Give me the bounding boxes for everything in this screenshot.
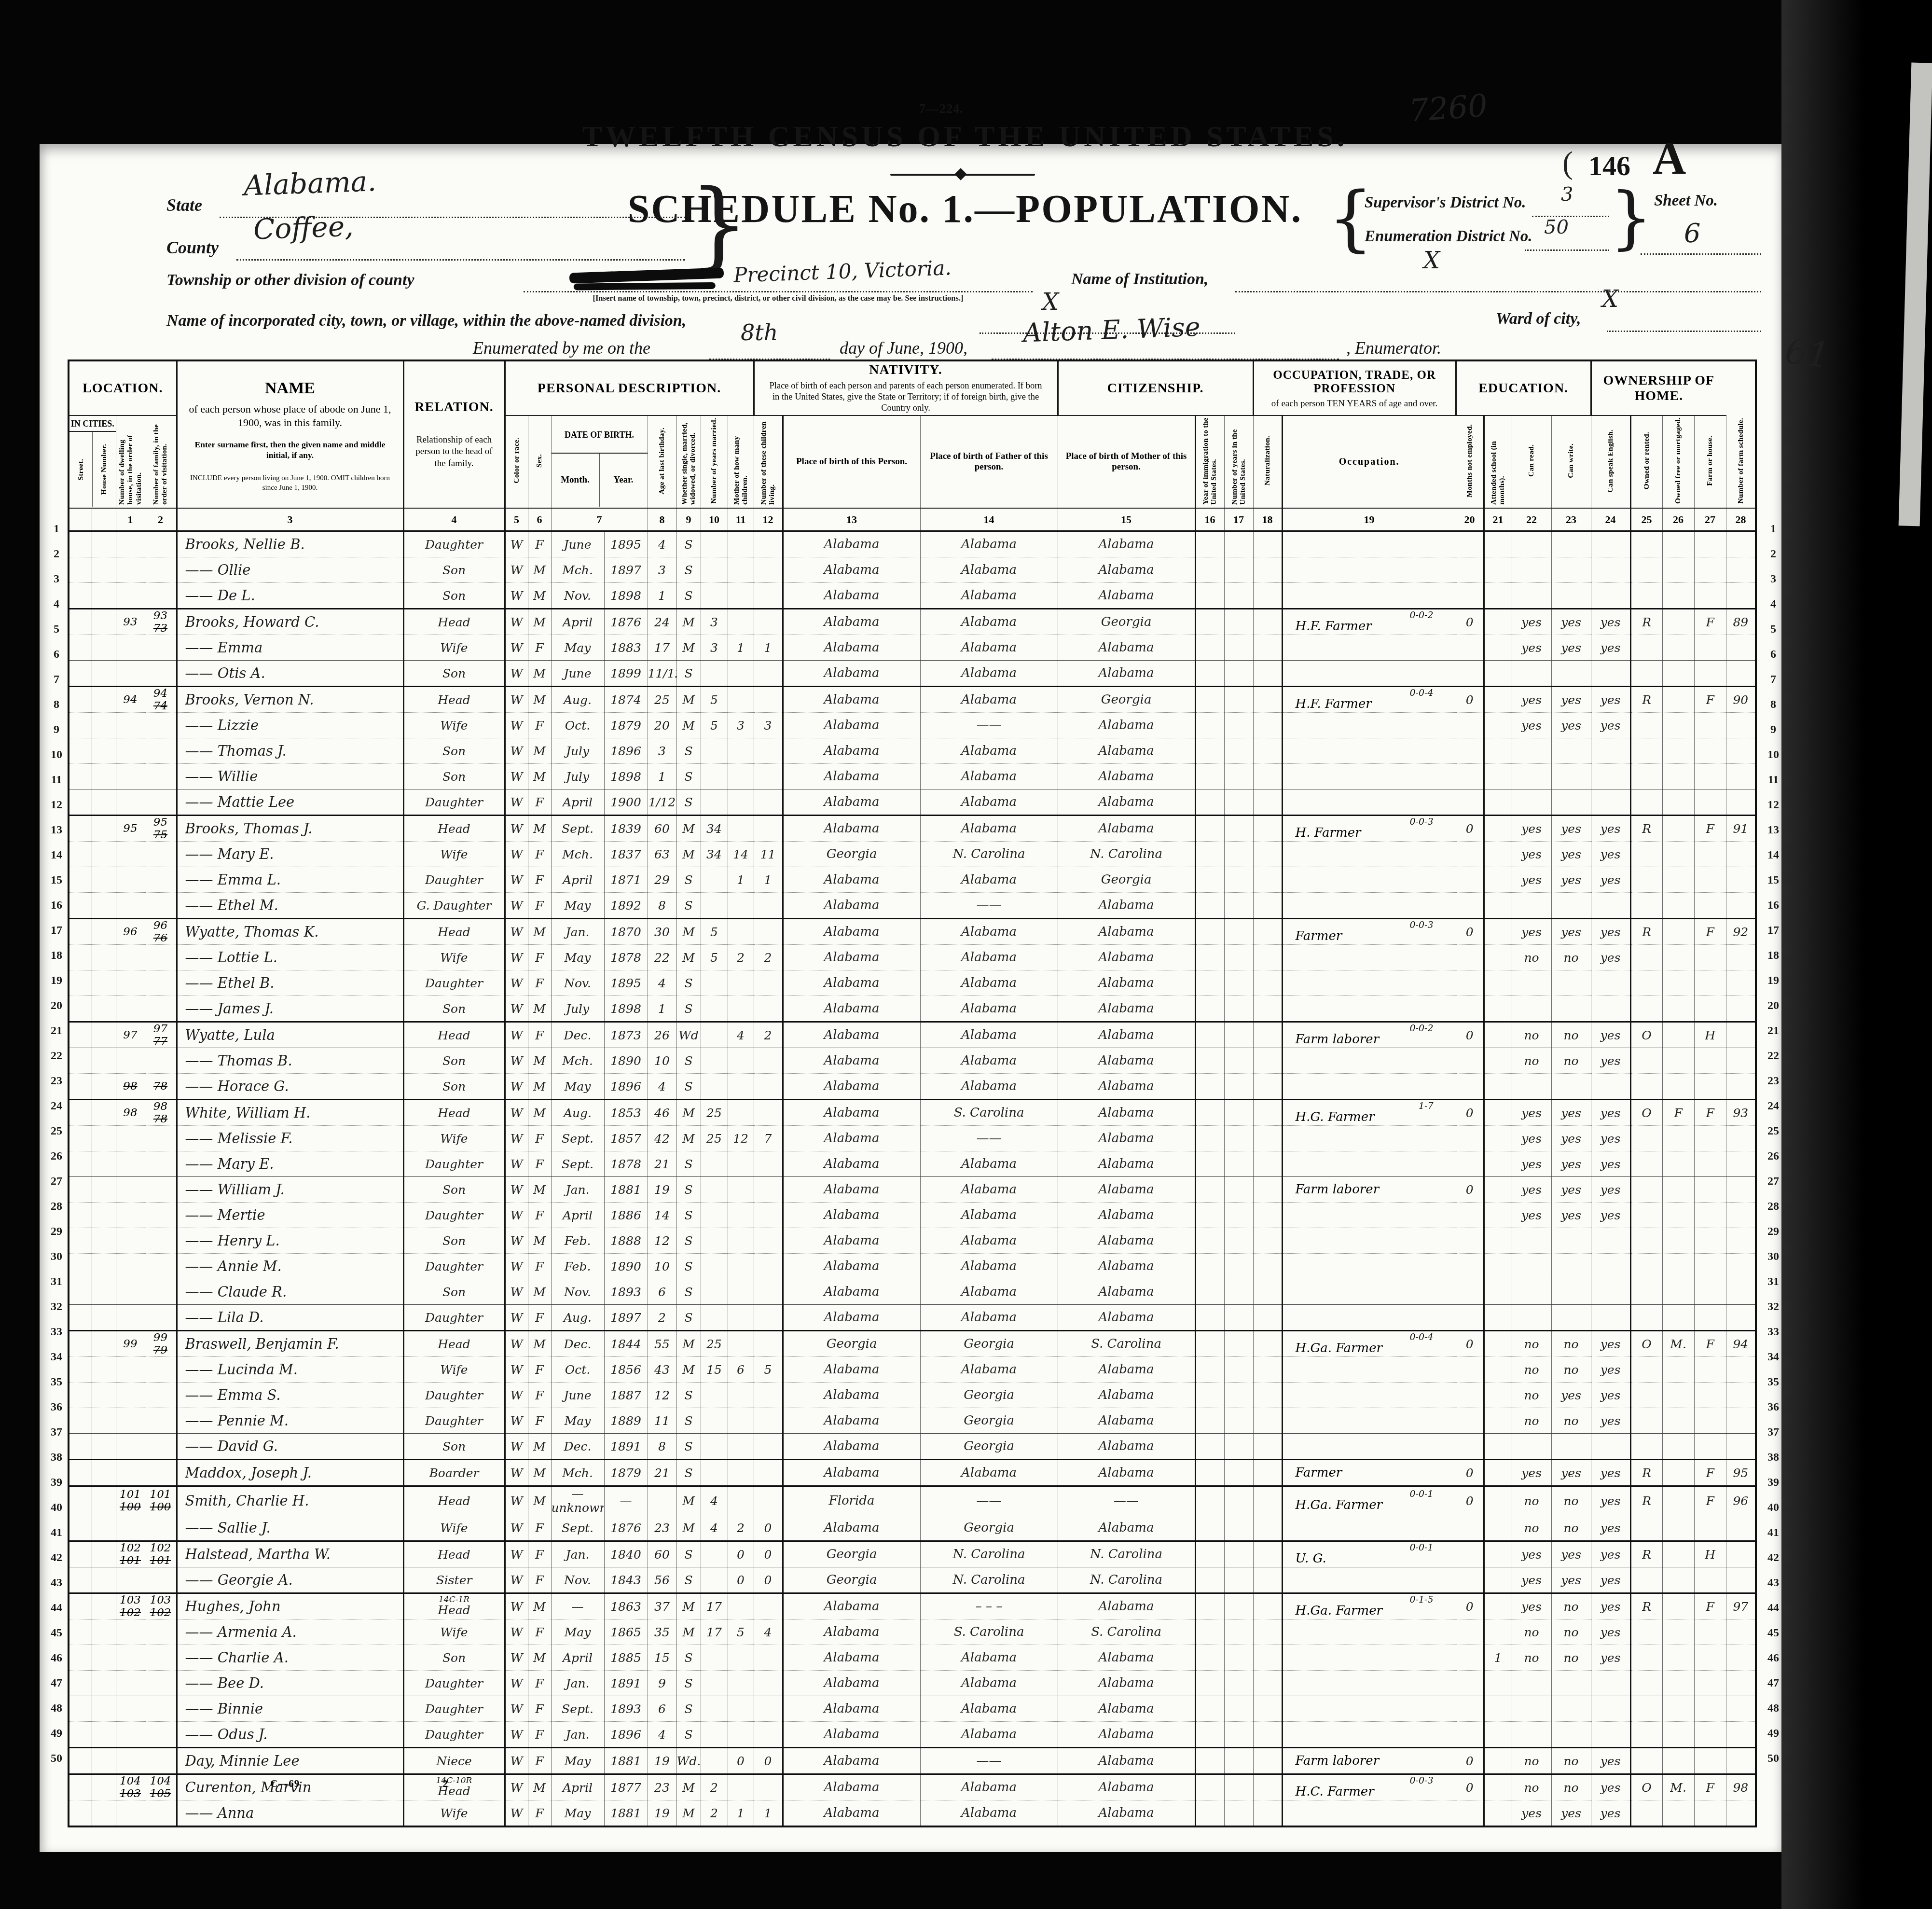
r35-can-write: no	[1551, 1408, 1591, 1434]
r49-farm-or-house: F	[1694, 1774, 1726, 1800]
census-title: TWELFTH CENSUS OF THE UNITED STATES.	[434, 120, 1496, 154]
r42-birth-year: 1863	[604, 1593, 648, 1619]
r45-father-birthplace: Alabama	[920, 1671, 1058, 1696]
r41-house-number	[92, 1567, 116, 1593]
r20-farm-or-house: H	[1694, 1022, 1726, 1048]
r25-attended-school	[1484, 1151, 1512, 1177]
r20-dwelling-number: 97	[116, 1022, 145, 1048]
left-line-number-39: 39	[44, 1470, 69, 1495]
r17-owned-or-rented	[1630, 945, 1662, 970]
r42-street	[69, 1593, 92, 1619]
r34-birth-year: 1887	[604, 1383, 648, 1408]
table-row: —— Lottie L.WifeWFMay187822M522AlabamaAl…	[69, 945, 1756, 970]
stamp-side-letter: A	[1653, 131, 1686, 185]
r41-can-write: yes	[1551, 1567, 1591, 1593]
header-pob-father: Place of birth of Father of this person.	[920, 415, 1058, 508]
r19-years-married	[701, 996, 728, 1022]
r6-street	[69, 661, 92, 687]
r15-children-living	[754, 893, 783, 919]
right-line-number-20: 20	[1761, 993, 1785, 1018]
r14-relation: Daughter	[403, 867, 505, 893]
r42-children-living	[754, 1593, 783, 1619]
r24-birth-year: 1857	[604, 1126, 648, 1151]
r23-color: W	[505, 1100, 528, 1126]
r39-months-not-employed	[1456, 1515, 1484, 1541]
r2-children-born	[728, 557, 754, 583]
r18-sex: F	[528, 970, 551, 996]
r31-birthplace: Alabama	[783, 1305, 920, 1331]
right-line-number-28: 28	[1761, 1194, 1785, 1219]
r32-birth-year: 1844	[604, 1331, 648, 1357]
r47-sex: F	[528, 1722, 551, 1748]
r4-sex: M	[528, 609, 551, 635]
r6-occupation	[1282, 661, 1456, 687]
right-line-number-3: 3	[1761, 567, 1785, 592]
r39-owned-free-or-mortgaged	[1662, 1515, 1694, 1541]
r10-house-number	[92, 764, 116, 789]
r6-farm-or-house	[1694, 661, 1726, 687]
r9-naturalization	[1253, 738, 1282, 764]
r4-street	[69, 609, 92, 635]
r16-years-married: 5	[701, 919, 728, 945]
r27-can-speak-english: yes	[1591, 1203, 1630, 1228]
r23-can-write: yes	[1551, 1100, 1591, 1126]
column-number-3: 3	[177, 508, 403, 531]
r10-family-number	[145, 764, 177, 789]
district-brace-close: }	[1610, 184, 1653, 252]
r37-years-married	[701, 1460, 728, 1486]
right-line-number-27: 27	[1761, 1169, 1785, 1194]
r27-marital-status: S	[676, 1203, 701, 1228]
r38-name: Smith, Charlie H.	[177, 1486, 403, 1515]
r49-farm-schedule-number: 98	[1726, 1774, 1756, 1800]
r29-can-read	[1512, 1254, 1551, 1279]
r23-birth-month: Aug.	[551, 1100, 604, 1126]
table-row: —— Mary E.DaughterWFSept.187821SAlabamaA…	[69, 1151, 1756, 1177]
r17-can-speak-english: yes	[1591, 945, 1630, 970]
column-number-blank-1	[92, 508, 116, 531]
r48-relation: Niece	[403, 1748, 505, 1774]
r43-birth-month: May	[551, 1619, 604, 1645]
r26-name: —— William J.	[177, 1177, 403, 1203]
r50-farm-or-house	[1694, 1800, 1726, 1827]
r47-years-in-us	[1224, 1722, 1253, 1748]
r49-marital-status: M	[676, 1774, 701, 1800]
r33-family-number	[145, 1357, 177, 1383]
r30-dwelling-number	[116, 1279, 145, 1305]
left-line-number-15: 15	[44, 868, 69, 893]
r50-color: W	[505, 1800, 528, 1827]
r25-family-number	[145, 1151, 177, 1177]
left-line-number-11: 11	[44, 767, 69, 792]
r31-family-number	[145, 1305, 177, 1331]
r50-house-number	[92, 1800, 116, 1827]
r30-house-number	[92, 1279, 116, 1305]
r18-house-number	[92, 970, 116, 996]
left-line-number-3: 3	[44, 567, 69, 592]
r43-immigration-year	[1195, 1619, 1224, 1645]
r32-owned-free-or-mortgaged: M.	[1662, 1331, 1694, 1357]
r42-father-birthplace: – – –	[920, 1593, 1058, 1619]
r2-birth-year: 1897	[604, 557, 648, 583]
r32-birthplace: Georgia	[783, 1331, 920, 1357]
r6-can-speak-english	[1591, 661, 1630, 687]
table-row: 102101102101Halstead, Martha W.HeadWFJan…	[69, 1541, 1756, 1567]
r21-months-not-employed	[1456, 1048, 1484, 1074]
r31-months-not-employed	[1456, 1305, 1484, 1331]
r14-father-birthplace: Alabama	[920, 867, 1058, 893]
header-occupation: Occupation.	[1282, 415, 1456, 508]
r5-immigration-year	[1195, 635, 1224, 661]
r28-occupation	[1282, 1228, 1456, 1254]
left-line-number-7: 7	[44, 667, 69, 692]
r31-color: W	[505, 1305, 528, 1331]
r29-farm-or-house	[1694, 1254, 1726, 1279]
r9-months-not-employed	[1456, 738, 1484, 764]
r47-years-married	[701, 1722, 728, 1748]
r30-birthplace: Alabama	[783, 1279, 920, 1305]
r12-children-born	[728, 816, 754, 842]
r36-mother-birthplace: Alabama	[1058, 1434, 1195, 1460]
r13-owned-or-rented	[1630, 842, 1662, 867]
form-footer: C—69 2	[270, 1778, 588, 1790]
r26-can-read: yes	[1512, 1177, 1551, 1203]
r22-family-number: 78	[145, 1074, 177, 1100]
r34-farm-or-house	[1694, 1383, 1726, 1408]
r50-dwelling-number	[116, 1800, 145, 1827]
r17-attended-school	[1484, 945, 1512, 970]
r2-farm-or-house	[1694, 557, 1726, 583]
r33-can-write: no	[1551, 1357, 1591, 1383]
r3-house-number	[92, 583, 116, 609]
r9-mother-birthplace: Alabama	[1058, 738, 1195, 764]
r18-street	[69, 970, 92, 996]
r14-street	[69, 867, 92, 893]
r41-street	[69, 1567, 92, 1593]
r37-children-living	[754, 1460, 783, 1486]
r22-color: W	[505, 1074, 528, 1100]
r6-color: W	[505, 661, 528, 687]
left-line-number-36: 36	[44, 1395, 69, 1420]
r38-birth-month: — unknown	[551, 1486, 604, 1515]
r29-children-born	[728, 1254, 754, 1279]
r28-owned-or-rented	[1630, 1228, 1662, 1254]
r25-can-read: yes	[1512, 1151, 1551, 1177]
r34-mother-birthplace: Alabama	[1058, 1383, 1195, 1408]
r46-owned-free-or-mortgaged	[1662, 1696, 1694, 1722]
r3-birth-year: 1898	[604, 583, 648, 609]
r3-years-in-us	[1224, 583, 1253, 609]
right-line-number-46: 46	[1761, 1646, 1785, 1671]
r33-birth-month: Oct.	[551, 1357, 604, 1383]
r24-years-in-us	[1224, 1126, 1253, 1151]
r46-occupation	[1282, 1696, 1456, 1722]
r22-can-read	[1512, 1074, 1551, 1100]
r38-dwelling-number: 101100	[116, 1486, 145, 1515]
ward-label: Ward of city,	[1496, 310, 1581, 328]
r11-relation: Daughter	[403, 789, 505, 816]
r28-sex: M	[528, 1228, 551, 1254]
r5-mother-birthplace: Alabama	[1058, 635, 1195, 661]
r48-sex: F	[528, 1748, 551, 1774]
r6-immigration-year	[1195, 661, 1224, 687]
r40-dwelling-number: 102101	[116, 1541, 145, 1567]
r12-name: Brooks, Thomas J.	[177, 816, 403, 842]
r42-birth-month: —	[551, 1593, 604, 1619]
r38-mother-birthplace: ——	[1058, 1486, 1195, 1515]
right-line-number-38: 38	[1761, 1445, 1785, 1470]
right-line-number-18: 18	[1761, 943, 1785, 968]
r1-family-number	[145, 531, 177, 557]
r37-family-number	[145, 1460, 177, 1486]
r26-children-born	[728, 1177, 754, 1203]
r22-name: —— Horace G.	[177, 1074, 403, 1100]
r29-owned-free-or-mortgaged	[1662, 1254, 1694, 1279]
table-row: 989878White, William H.HeadWMAug.185346M…	[69, 1100, 1756, 1126]
r35-age: 11	[648, 1408, 676, 1434]
r30-mother-birthplace: Alabama	[1058, 1279, 1195, 1305]
r32-father-birthplace: Georgia	[920, 1331, 1058, 1357]
row-numbers-right: 1234567891011121314151617181920212223242…	[1761, 516, 1785, 1771]
r4-years-married: 3	[701, 609, 728, 635]
stamp-handwritten-number: 7260	[1408, 88, 1489, 129]
r46-months-not-employed	[1456, 1696, 1484, 1722]
r49-street	[69, 1774, 92, 1800]
r26-owned-or-rented	[1630, 1177, 1662, 1203]
r50-months-not-employed	[1456, 1800, 1484, 1827]
r43-can-read: no	[1512, 1619, 1551, 1645]
r17-children-living: 2	[754, 945, 783, 970]
r11-marital-status: S	[676, 789, 701, 816]
r16-age: 30	[648, 919, 676, 945]
r9-marital-status: S	[676, 738, 701, 764]
r9-can-read	[1512, 738, 1551, 764]
r28-years-married	[701, 1228, 728, 1254]
r34-birthplace: Alabama	[783, 1383, 920, 1408]
r41-children-born: 0	[728, 1567, 754, 1593]
r24-attended-school	[1484, 1126, 1512, 1151]
r19-can-read	[1512, 996, 1551, 1022]
r14-birth-year: 1871	[604, 867, 648, 893]
r8-birthplace: Alabama	[783, 713, 920, 738]
r21-father-birthplace: Alabama	[920, 1048, 1058, 1074]
r47-mother-birthplace: Alabama	[1058, 1722, 1195, 1748]
table-row: —— OllieSonWMMch.18973SAlabamaAlabamaAla…	[69, 557, 1756, 583]
r8-mother-birthplace: Alabama	[1058, 713, 1195, 738]
r25-months-not-employed	[1456, 1151, 1484, 1177]
r15-naturalization	[1253, 893, 1282, 919]
left-line-number-48: 48	[44, 1696, 69, 1721]
r29-children-living	[754, 1254, 783, 1279]
r32-age: 55	[648, 1331, 676, 1357]
r22-farm-or-house	[1694, 1074, 1726, 1100]
city-value: X	[1042, 289, 1059, 316]
r8-immigration-year	[1195, 713, 1224, 738]
r46-family-number	[145, 1696, 177, 1722]
r28-age: 12	[648, 1228, 676, 1254]
r14-occupation	[1282, 867, 1456, 893]
r32-birth-month: Dec.	[551, 1331, 604, 1357]
r8-can-speak-english: yes	[1591, 713, 1630, 738]
r18-years-married	[701, 970, 728, 996]
r13-color: W	[505, 842, 528, 867]
r31-name: —— Lila D.	[177, 1305, 403, 1331]
r31-dwelling-number	[116, 1305, 145, 1331]
r8-occupation	[1282, 713, 1456, 738]
r9-color: W	[505, 738, 528, 764]
r41-years-married	[701, 1567, 728, 1593]
r40-years-married	[701, 1541, 728, 1567]
r9-owned-or-rented	[1630, 738, 1662, 764]
r1-owned-free-or-mortgaged	[1662, 531, 1694, 557]
city-label: Name of incorporated city, town, or vill…	[166, 312, 686, 330]
r15-house-number	[92, 893, 116, 919]
r25-marital-status: S	[676, 1151, 701, 1177]
r25-mother-birthplace: Alabama	[1058, 1151, 1195, 1177]
table-row: —— Emma L.DaughterWFApril187129S11Alabam…	[69, 867, 1756, 893]
r18-birth-month: Nov.	[551, 970, 604, 996]
r5-birth-year: 1883	[604, 635, 648, 661]
r49-years-married: 2	[701, 1774, 728, 1800]
r24-mother-birthplace: Alabama	[1058, 1126, 1195, 1151]
r43-can-write: no	[1551, 1619, 1591, 1645]
r3-owned-or-rented	[1630, 583, 1662, 609]
r18-naturalization	[1253, 970, 1282, 996]
header-color: Color or race.	[505, 415, 528, 508]
r17-family-number	[145, 945, 177, 970]
r44-farm-schedule-number	[1726, 1645, 1756, 1671]
r35-birth-year: 1889	[604, 1408, 648, 1434]
r32-children-living	[754, 1331, 783, 1357]
r24-birthplace: Alabama	[783, 1126, 920, 1151]
r35-children-living	[754, 1408, 783, 1434]
r16-can-speak-english: yes	[1591, 919, 1630, 945]
r7-house-number	[92, 687, 116, 713]
column-number-23: 23	[1551, 508, 1591, 531]
r7-children-living	[754, 687, 783, 713]
r9-farm-or-house	[1694, 738, 1726, 764]
header-immigration-year: Year of immigration to the United States…	[1195, 415, 1224, 508]
left-line-number-49: 49	[44, 1721, 69, 1746]
r2-sex: M	[528, 557, 551, 583]
r15-mother-birthplace: Alabama	[1058, 893, 1195, 919]
r12-color: W	[505, 816, 528, 842]
r3-dwelling-number	[116, 583, 145, 609]
r26-relation: Son	[403, 1177, 505, 1203]
r23-years-in-us	[1224, 1100, 1253, 1126]
r28-mother-birthplace: Alabama	[1058, 1228, 1195, 1254]
r31-can-read	[1512, 1305, 1551, 1331]
r17-age: 22	[648, 945, 676, 970]
table-row: —— Charlie A.SonWMApril188515SAlabamaAla…	[69, 1645, 1756, 1671]
right-line-number-42: 42	[1761, 1545, 1785, 1570]
r40-owned-free-or-mortgaged	[1662, 1541, 1694, 1567]
right-line-number-34: 34	[1761, 1344, 1785, 1369]
r44-naturalization	[1253, 1645, 1282, 1671]
r43-house-number	[92, 1619, 116, 1645]
r15-years-married	[701, 893, 728, 919]
sheet-label: Sheet No.	[1654, 192, 1718, 210]
r12-can-write: yes	[1551, 816, 1591, 842]
r17-farm-or-house	[1694, 945, 1726, 970]
r6-house-number	[92, 661, 116, 687]
r10-owned-free-or-mortgaged	[1662, 764, 1694, 789]
r17-name: —— Lottie L.	[177, 945, 403, 970]
r7-years-married: 5	[701, 687, 728, 713]
r31-immigration-year	[1195, 1305, 1224, 1331]
r40-children-living: 0	[754, 1541, 783, 1567]
r35-years-in-us	[1224, 1408, 1253, 1434]
r39-can-write: no	[1551, 1515, 1591, 1541]
r33-birthplace: Alabama	[783, 1357, 920, 1383]
r42-immigration-year	[1195, 1593, 1224, 1619]
right-line-number-40: 40	[1761, 1495, 1785, 1520]
r11-age: 1/12	[648, 789, 676, 816]
r7-owned-free-or-mortgaged	[1662, 687, 1694, 713]
r33-farm-or-house	[1694, 1357, 1726, 1383]
r36-color: W	[505, 1434, 528, 1460]
r16-owned-free-or-mortgaged	[1662, 919, 1694, 945]
r20-can-write: no	[1551, 1022, 1591, 1048]
r15-color: W	[505, 893, 528, 919]
header-farm-schedule: Number of farm schedule.	[1726, 415, 1756, 508]
r39-occupation	[1282, 1515, 1456, 1541]
header-farm-house: Farm or house.	[1694, 415, 1726, 508]
r2-years-married	[701, 557, 728, 583]
r5-age: 17	[648, 635, 676, 661]
r33-marital-status: M	[676, 1357, 701, 1383]
right-line-number-13: 13	[1761, 817, 1785, 843]
r4-age: 24	[648, 609, 676, 635]
r14-can-read: yes	[1512, 867, 1551, 893]
r47-can-write	[1551, 1722, 1591, 1748]
r37-naturalization	[1253, 1460, 1282, 1486]
header-street: Street.	[77, 459, 85, 481]
r5-occupation	[1282, 635, 1456, 661]
r10-immigration-year	[1195, 764, 1224, 789]
r10-mother-birthplace: Alabama	[1058, 764, 1195, 789]
r24-years-married: 25	[701, 1126, 728, 1151]
r24-name: —— Melissie F.	[177, 1126, 403, 1151]
r45-occupation	[1282, 1671, 1456, 1696]
r38-occupation: 0-0-1H.Ga. Farmer	[1282, 1486, 1456, 1515]
r42-years-in-us	[1224, 1593, 1253, 1619]
r25-father-birthplace: Alabama	[920, 1151, 1058, 1177]
r36-street	[69, 1434, 92, 1460]
r3-children-living	[754, 583, 783, 609]
r17-immigration-year	[1195, 945, 1224, 970]
left-line-number-29: 29	[44, 1219, 69, 1244]
r19-marital-status: S	[676, 996, 701, 1022]
r41-naturalization	[1253, 1567, 1282, 1593]
r35-owned-or-rented	[1630, 1408, 1662, 1434]
r31-attended-school	[1484, 1305, 1512, 1331]
r5-house-number	[92, 635, 116, 661]
r39-years-in-us	[1224, 1515, 1253, 1541]
column-number-25: 25	[1630, 508, 1662, 531]
left-line-number-47: 47	[44, 1671, 69, 1696]
left-line-number-20: 20	[44, 993, 69, 1018]
r14-house-number	[92, 867, 116, 893]
r49-can-read: no	[1512, 1774, 1551, 1800]
r14-years-married	[701, 867, 728, 893]
r3-immigration-year	[1195, 583, 1224, 609]
r4-owned-free-or-mortgaged	[1662, 609, 1694, 635]
r16-owned-or-rented: R	[1630, 919, 1662, 945]
r5-naturalization	[1253, 635, 1282, 661]
r22-can-write	[1551, 1074, 1591, 1100]
r1-owned-or-rented	[1630, 531, 1662, 557]
